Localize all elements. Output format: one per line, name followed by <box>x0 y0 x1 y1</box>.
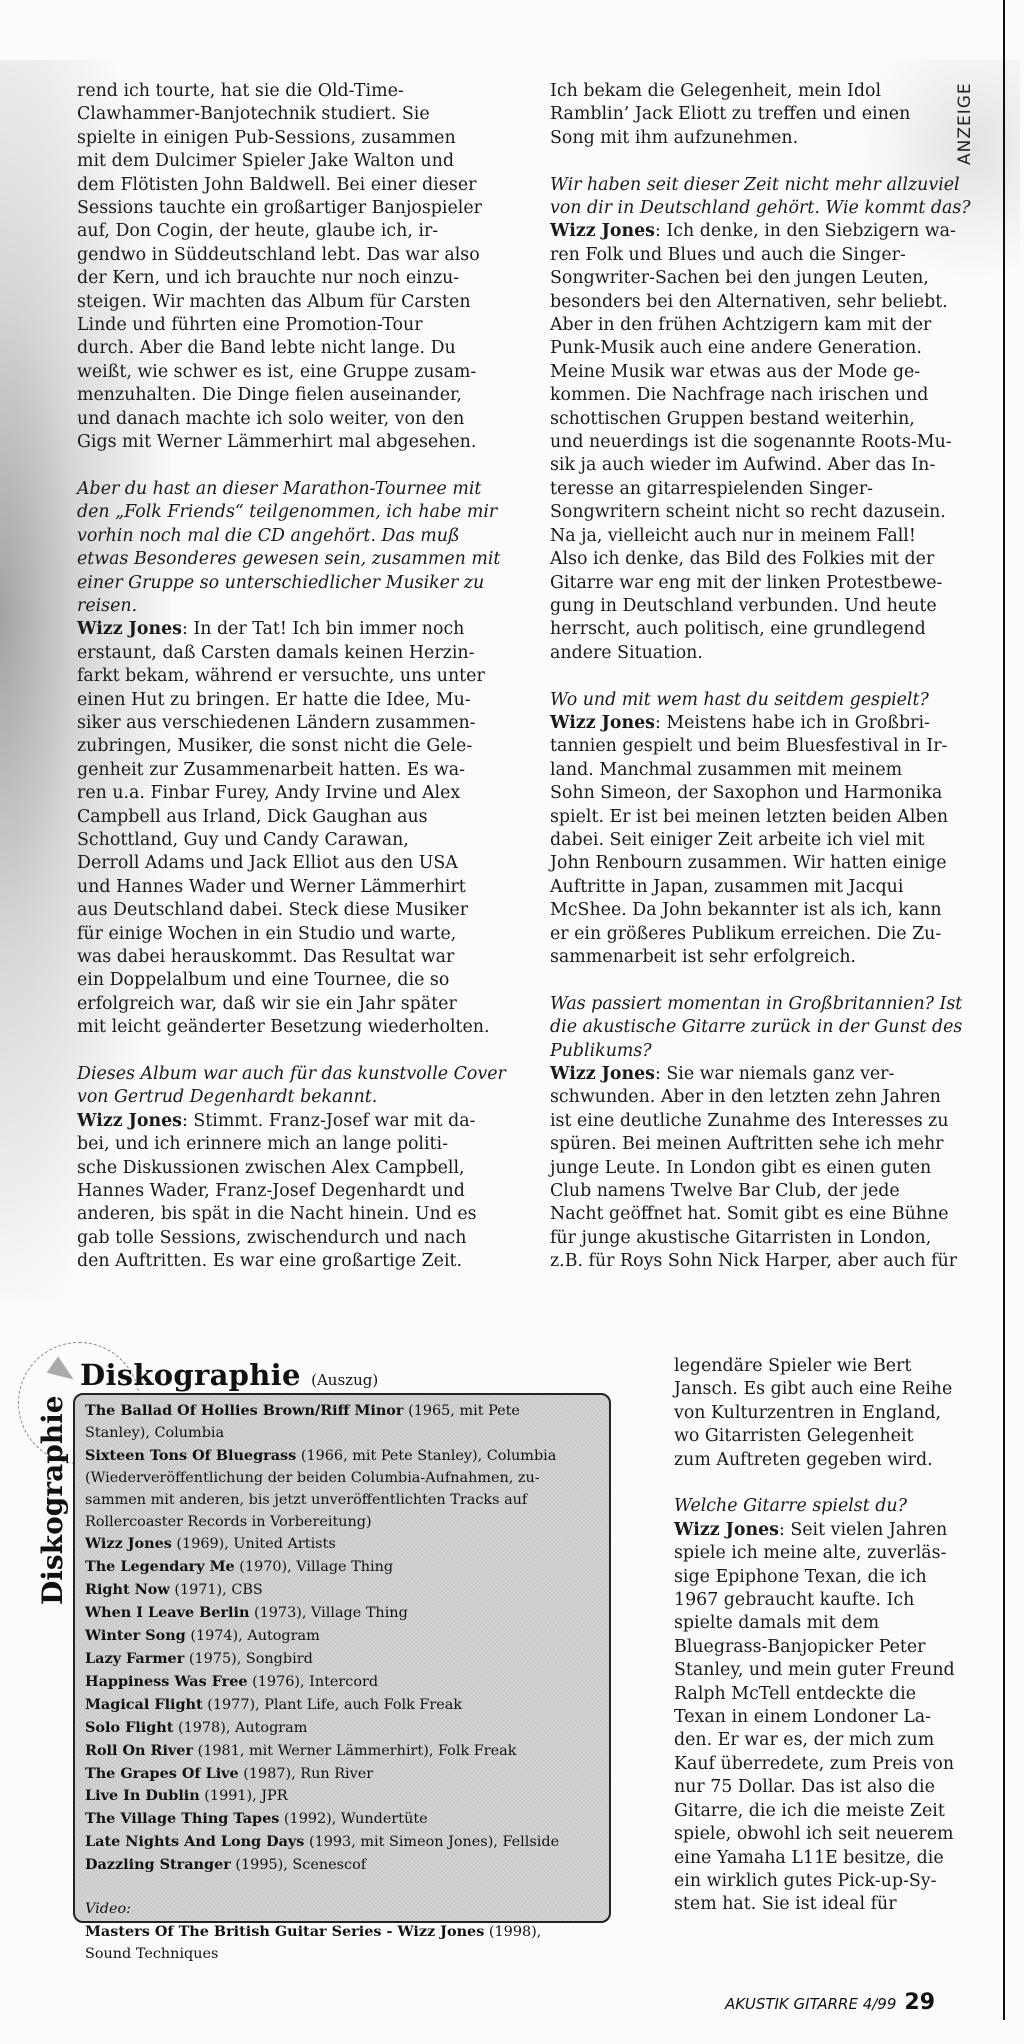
text-line: rend ich tourte, hat sie die Old-Time- <box>77 80 517 103</box>
text-line: Wizz Jones: Seit vielen Jahren <box>674 1519 980 1542</box>
text-line: erfolgreich war, daß wir sie ein Jahr sp… <box>77 993 517 1016</box>
discography-entry: Dazzling Stranger (1995), Scenescof <box>85 1854 601 1877</box>
album-title: Winter Song <box>85 1627 186 1644</box>
discography-vertical-label: Diskographie <box>36 1395 72 1695</box>
text-line: den Auftritten. Es war eine großartige Z… <box>77 1250 517 1273</box>
text-line: Wir haben seit dieser Zeit nicht mehr al… <box>550 174 980 197</box>
interview-answer: Wizz Jones: Stimmt. Franz-Josef war mit … <box>77 1110 517 1274</box>
album-details: (1991), JPR <box>200 1788 288 1804</box>
album-details: (1966, mit Pete Stanley), Columbia <box>296 1448 556 1464</box>
text-line: Punk-Musik auch eine andere Generation. <box>550 337 980 360</box>
text-line: junge Leute. In London gibt es einen gut… <box>550 1157 980 1180</box>
text-line: bei, und ich erinnere mich an lange poli… <box>77 1133 517 1156</box>
text-line: von dir in Deutschland gehört. Wie kommt… <box>550 197 980 220</box>
album-title: Late Nights And Long Days <box>85 1833 304 1850</box>
text-line: sik ja auch wieder im Aufwind. Aber das … <box>550 454 980 477</box>
album-details: (1970), Village Thing <box>235 1559 393 1575</box>
speaker-name: Wizz Jones <box>674 1520 779 1540</box>
text-line: Auftritte in Japan, zusammen mit Jacqui <box>550 876 980 899</box>
text-line: Dieses Album war auch für das kunstvolle… <box>77 1063 517 1086</box>
text-line: mit dem Dulcimer Spieler Jake Walton und <box>77 150 517 173</box>
text-line: er ein größeres Publikum erreichen. Die … <box>550 923 980 946</box>
text-line: anderen, bis spät in die Nacht hinein. U… <box>77 1203 517 1226</box>
text-line: der Kern, und ich brauchte nur noch einz… <box>77 267 517 290</box>
text-line: Hannes Wader, Franz-Josef Degenhardt und <box>77 1180 517 1203</box>
discography-title-text: Diskographie <box>80 1358 301 1392</box>
text-line: sche Diskussionen zwischen Alex Campbell… <box>77 1157 517 1180</box>
discography-entry: The Village Thing Tapes (1992), Wundertü… <box>85 1808 601 1831</box>
text-line: Ralph McTell entdeckte die <box>674 1683 980 1706</box>
text-line: kommen. Die Nachfrage nach irischen und <box>550 384 980 407</box>
text-line: z.B. für Roys Sohn Nick Harper, aber auc… <box>550 1250 980 1273</box>
text-line: Wizz Jones: Stimmt. Franz-Josef war mit … <box>77 1110 517 1133</box>
text-line: Texan in einem Londoner La- <box>674 1706 980 1729</box>
discography-entry: Live In Dublin (1991), JPR <box>85 1785 601 1808</box>
album-title: The Legendary Me <box>85 1558 235 1575</box>
text-line: vorhin noch mal die CD angehört. Das muß <box>77 525 517 548</box>
text-line: für einige Wochen in ein Studio und wart… <box>77 923 517 946</box>
interview-answer: Wizz Jones: Sie war niemals ganz ver-sch… <box>550 1063 980 1274</box>
text-line: John Renbourn zusammen. Wir hatten einig… <box>550 852 980 875</box>
text-line: farkt bekam, während er versuchte, uns u… <box>77 665 517 688</box>
album-title: Sixteen Tons Of Bluegrass <box>85 1447 296 1464</box>
album-details: (1965, mit Pete <box>404 1403 520 1419</box>
text-line: spielte damals mit dem <box>674 1612 980 1635</box>
album-title: Dazzling Stranger <box>85 1856 231 1873</box>
text-line: menzuhalten. Die Dinge fielen auseinande… <box>77 384 517 407</box>
speaker-name: Wizz Jones <box>550 1064 655 1084</box>
text-line: Club namens Twelve Bar Club, der jede <box>550 1180 980 1203</box>
interview-answer: Wizz Jones: Seit vielen Jahrenspiele ich… <box>674 1519 980 1917</box>
text-line: zum Auftreten gegeben wird. <box>674 1449 980 1472</box>
discography-entry: The Grapes Of Live (1987), Run River <box>85 1763 601 1786</box>
text-line: gung in Deutschland verbunden. Und heute <box>550 595 980 618</box>
text-line: Wo und mit wem hast du seitdem gespielt? <box>550 689 980 712</box>
discography-entry: Sound Techniques <box>85 1944 601 1966</box>
page-number: 29 <box>904 1990 935 2015</box>
text-line: aus Deutschland dabei. Steck diese Musik… <box>77 899 517 922</box>
text-line: gab tolle Sessions, zwischendurch und na… <box>77 1227 517 1250</box>
text-line: Ich bekam die Gelegenheit, mein Idol <box>550 80 980 103</box>
article-column-right-continued: legendäre Spieler wie BertJansch. Es gib… <box>674 1355 980 1940</box>
text-line: Wizz Jones: Sie war niemals ganz ver- <box>550 1063 980 1086</box>
album-details: Sound Techniques <box>85 1946 218 1962</box>
page-footer: AKUSTIK GITARRE 4/9929 <box>725 1990 935 2015</box>
discography-entry: (Wiederveröffentlichung der beiden Colum… <box>85 1468 601 1490</box>
text-line: dem Flötisten John Baldwell. Bei einer d… <box>77 174 517 197</box>
text-line: den. Er war es, der mich zum <box>674 1729 980 1752</box>
album-title: When I Leave Berlin <box>85 1604 249 1621</box>
text-line: und Hannes Wader und Werner Lämmerhirt <box>77 876 517 899</box>
discography-entry: Happiness Was Free (1976), Intercord <box>85 1671 601 1694</box>
text-line: land. Manchmal zusammen mit meinem <box>550 759 980 782</box>
interview-question: Welche Gitarre spielst du? <box>674 1495 980 1518</box>
text-line: von Gertrud Degenhardt bekannt. <box>77 1086 517 1109</box>
album-details: (1971), CBS <box>170 1582 263 1598</box>
discography-list: The Ballad Of Hollies Brown/Riff Minor (… <box>85 1400 601 1877</box>
text-line: schwunden. Aber in den letzten zehn Jahr… <box>550 1086 980 1109</box>
text-line: siker aus verschiedenen Ländern zusammen… <box>77 712 517 735</box>
text-line: Gigs mit Werner Lämmerhirt mal abgesehen… <box>77 431 517 454</box>
discography-entry: Stanley), Columbia <box>85 1423 601 1445</box>
text-line: auf, Don Cogin, der heute, glaube ich, i… <box>77 220 517 243</box>
text-line: sammenarbeit ist sehr erfolgreich. <box>550 946 980 969</box>
text-line: Gitarre, die ich die meiste Zeit <box>674 1800 980 1823</box>
text-line: gendwo in Süddeutschland lebt. Das war a… <box>77 244 517 267</box>
speaker-name: Wizz Jones <box>77 1111 182 1131</box>
text-line: ren u.a. Finbar Furey, Andy Irvine und A… <box>77 782 517 805</box>
album-title: Right Now <box>85 1581 170 1598</box>
interview-answer: Wizz Jones: Meistens habe ich in Großbri… <box>550 712 980 969</box>
discography-entry: Sixteen Tons Of Bluegrass (1966, mit Pet… <box>85 1445 601 1468</box>
text-line: Stanley, und mein guter Freund <box>674 1659 980 1682</box>
text-line: ein wirklich gutes Pick-up-Sy- <box>674 1870 980 1893</box>
text-line: herrscht, auch politisch, eine grundlege… <box>550 618 980 641</box>
text-line: durch. Aber die Band lebte nicht lange. … <box>77 337 517 360</box>
discography-entry: sammen mit anderen, bis jetzt unveröffen… <box>85 1490 601 1512</box>
article-column-right: Ich bekam die Gelegenheit, mein IdolRamb… <box>550 80 980 1297</box>
text-line: Schottland, Guy und Candy Carawan, <box>77 829 517 852</box>
text-line: stem hat. Sie ist ideal für <box>674 1893 980 1916</box>
text-line: Linde und führten eine Promotion-Tour <box>77 314 517 337</box>
discography-entry: Roll On River (1981, mit Werner Lämmerhi… <box>85 1740 601 1763</box>
text-line: für junge akustische Gitarristen in Lond… <box>550 1227 980 1250</box>
text-line: Nacht geöffnet hat. Somit gibt es eine B… <box>550 1203 980 1226</box>
text-line: spielte in einigen Pub-Sessions, zusamme… <box>77 127 517 150</box>
album-details: Rollercoaster Records in Vorbereitung) <box>85 1514 372 1530</box>
text-line: Bluegrass-Banjopicker Peter <box>674 1636 980 1659</box>
interview-question: Dieses Album war auch für das kunstvolle… <box>77 1063 517 1110</box>
interview-answer: legendäre Spieler wie BertJansch. Es gib… <box>674 1355 980 1472</box>
text-line: Publikums? <box>550 1040 980 1063</box>
text-line: Was passiert momentan in Großbritannien?… <box>550 993 980 1016</box>
text-line: Welche Gitarre spielst du? <box>674 1495 980 1518</box>
text-line: reisen. <box>77 595 517 618</box>
album-title: The Village Thing Tapes <box>85 1810 279 1827</box>
album-title: Live In Dublin <box>85 1787 200 1804</box>
text-line: spiele, obwohl ich seit neuerem <box>674 1823 980 1846</box>
text-line: Songwritern scheint nicht so recht dazus… <box>550 501 980 524</box>
text-line: Sohn Simeon, der Saxophon und Harmonika <box>550 782 980 805</box>
text-line: Na ja, vielleicht auch nur in meinem Fal… <box>550 525 980 548</box>
album-title: The Ballad Of Hollies Brown/Riff Minor <box>85 1402 404 1419</box>
text-line: spiele ich meine alte, zuverläs- <box>674 1542 980 1565</box>
text-line: Kauf überredete, zum Preis von <box>674 1753 980 1776</box>
text-line: Also ich denke, das Bild des Folkies mit… <box>550 548 980 571</box>
discography-entry: Masters Of The British Guitar Series - W… <box>85 1921 601 1944</box>
discography-title: Diskographie (Auszug) <box>80 1358 378 1392</box>
text-line: McShee. Da John bekannter ist als ich, k… <box>550 899 980 922</box>
interview-answer: Wizz Jones: Ich denke, in den Siebzigern… <box>550 220 980 665</box>
album-details: (1993, mit Simeon Jones), Fellside <box>304 1834 559 1850</box>
text-line: tannien gespielt und beim Bluesfestival … <box>550 735 980 758</box>
discography-entry: Solo Flight (1978), Autogram <box>85 1717 601 1740</box>
text-line: andere Situation. <box>550 642 980 665</box>
discography-entry: Wizz Jones (1969), United Artists <box>85 1533 601 1556</box>
album-details: (1981, mit Werner Lämmerhirt), Folk Frea… <box>193 1743 516 1759</box>
interview-question: Wir haben seit dieser Zeit nicht mehr al… <box>550 174 980 221</box>
discography-entry: Rollercoaster Records in Vorbereitung) <box>85 1512 601 1534</box>
album-details: (Wiederveröffentlichung der beiden Colum… <box>85 1470 540 1486</box>
page-edge-rule <box>1003 0 1005 2020</box>
text-line: genheit zur Zusammenarbeit hatten. Es wa… <box>77 759 517 782</box>
text-line: Sessions tauchte ein großartiger Banjosp… <box>77 197 517 220</box>
discography-entry: Late Nights And Long Days (1993, mit Sim… <box>85 1831 601 1854</box>
text-line: etwas Besonderes gewesen sein, zusammen … <box>77 548 517 571</box>
text-line: Song mit ihm aufzunehmen. <box>550 127 980 150</box>
text-line: erstaunt, daß Carsten damals keinen Herz… <box>77 642 517 665</box>
magazine-issue: AKUSTIK GITARRE 4/99 <box>725 1995 896 2013</box>
album-details: Stanley), Columbia <box>85 1425 224 1441</box>
text-line: und neuerdings ist die sogenannte Roots-… <box>550 431 980 454</box>
text-line: Meine Musik war etwas aus der Mode ge- <box>550 361 980 384</box>
speaker-name: Wizz Jones <box>77 619 182 639</box>
text-line: Ramblin’ Jack Eliott zu treffen und eine… <box>550 103 980 126</box>
album-details: sammen mit anderen, bis jetzt unveröffen… <box>85 1492 527 1508</box>
album-details: (1987), Run River <box>239 1766 373 1782</box>
album-title: Magical Flight <box>85 1696 203 1713</box>
discography-subtitle: (Auszug) <box>311 1371 378 1389</box>
text-line: steigen. Wir machten das Album für Carst… <box>77 291 517 314</box>
text-line: Wizz Jones: In der Tat! Ich bin immer no… <box>77 618 517 641</box>
text-line: weißt, wie schwer es ist, eine Gruppe zu… <box>77 361 517 384</box>
interview-answer: Ich bekam die Gelegenheit, mein IdolRamb… <box>550 80 980 150</box>
text-line: besonders bei den Alternativen, sehr bel… <box>550 291 980 314</box>
text-line: und danach machte ich solo weiter, von d… <box>77 408 517 431</box>
text-line: Aber in den frühen Achtzigern kam mit de… <box>550 314 980 337</box>
album-details: (1976), Intercord <box>248 1674 379 1690</box>
text-line: wo Gitarristen Gelegenheit <box>674 1425 980 1448</box>
text-line: Campbell aus Irland, Dick Gaughan aus <box>77 806 517 829</box>
album-details: (1977), Plant Life, auch Folk Freak <box>203 1697 462 1713</box>
discography-entry: The Legendary Me (1970), Village Thing <box>85 1556 601 1579</box>
interview-question: Was passiert momentan in Großbritannien?… <box>550 993 980 1063</box>
album-title: Lazy Farmer <box>85 1650 184 1667</box>
text-line: was dabei herauskommt. Das Resultat war <box>77 946 517 969</box>
speaker-name: Wizz Jones <box>550 713 655 733</box>
text-line: einen Hut zu bringen. Er hatte die Idee,… <box>77 689 517 712</box>
text-line: Clawhammer-Banjotechnik studiert. Sie <box>77 103 517 126</box>
text-line: spielt. Er ist bei meinen letzten beiden… <box>550 806 980 829</box>
text-line: dabei. Seit einiger Zeit arbeite ich vie… <box>550 829 980 852</box>
text-line: legendäre Spieler wie Bert <box>674 1355 980 1378</box>
discography-entry: Winter Song (1974), Autogram <box>85 1625 601 1648</box>
album-details: (1995), Scenescof <box>231 1857 366 1873</box>
album-title: Roll On River <box>85 1742 193 1759</box>
text-line: nur 75 Dollar. Das ist also die <box>674 1776 980 1799</box>
discography-entry: Magical Flight (1977), Plant Life, auch … <box>85 1694 601 1717</box>
album-title: Happiness Was Free <box>85 1673 248 1690</box>
album-title: Wizz Jones <box>85 1535 172 1552</box>
text-line: Derroll Adams und Jack Elliot aus den US… <box>77 852 517 875</box>
album-details: (1973), Village Thing <box>249 1605 407 1621</box>
spacer <box>85 1877 601 1899</box>
text-line: den „Folk Friends“ teilgenommen, ich hab… <box>77 501 517 524</box>
video-label: Video: <box>85 1899 601 1921</box>
text-line: sige Epiphone Texan, die ich <box>674 1566 980 1589</box>
album-details: (1969), United Artists <box>172 1536 336 1552</box>
text-line: Aber du hast an dieser Marathon-Tournee … <box>77 478 517 501</box>
interview-answer: rend ich tourte, hat sie die Old-Time-Cl… <box>77 80 517 455</box>
text-line: spüren. Bei meinen Auftritten sehe ich m… <box>550 1133 980 1156</box>
album-details: (1975), Songbird <box>184 1651 312 1667</box>
text-line: eine Yamaha L11E besitze, die <box>674 1847 980 1870</box>
album-details: (1998), <box>484 1924 541 1940</box>
album-title: The Grapes Of Live <box>85 1765 239 1782</box>
album-details: (1992), Wundertüte <box>279 1811 427 1827</box>
article-column-left: rend ich tourte, hat sie die Old-Time-Cl… <box>77 80 517 1297</box>
text-line: zubringen, Musiker, die sonst nicht die … <box>77 735 517 758</box>
album-title: Masters Of The British Guitar Series - W… <box>85 1923 484 1940</box>
text-line: von Kulturzentren in England, <box>674 1402 980 1425</box>
video-list: Masters Of The British Guitar Series - W… <box>85 1921 601 1966</box>
speaker-name: Wizz Jones <box>550 221 655 241</box>
text-line: Gitarre war eng mit der linken Protestbe… <box>550 572 980 595</box>
text-line: ren Folk und Blues und auch die Singer- <box>550 244 980 267</box>
text-line: Wizz Jones: Meistens habe ich in Großbri… <box>550 712 980 735</box>
text-line: Jansch. Es gibt auch eine Reihe <box>674 1378 980 1401</box>
discography-entry: The Ballad Of Hollies Brown/Riff Minor (… <box>85 1400 601 1423</box>
discography-entry: Lazy Farmer (1975), Songbird <box>85 1648 601 1671</box>
album-title: Solo Flight <box>85 1719 173 1736</box>
album-details: (1978), Autogram <box>173 1720 307 1736</box>
text-line: schottischen Gruppen bestand weiterhin, <box>550 408 980 431</box>
text-line: mit leicht geänderter Besetzung wiederho… <box>77 1016 517 1039</box>
text-line: einer Gruppe so unterschiedlicher Musike… <box>77 572 517 595</box>
text-line: Songwriter-Sachen bei den jungen Leuten, <box>550 267 980 290</box>
interview-answer: Wizz Jones: In der Tat! Ich bin immer no… <box>77 618 517 1039</box>
album-details: (1974), Autogram <box>186 1628 320 1644</box>
text-line: ist eine deutliche Zunahme des Interesse… <box>550 1110 980 1133</box>
interview-question: Wo und mit wem hast du seitdem gespielt? <box>550 689 980 712</box>
text-line: Wizz Jones: Ich denke, in den Siebzigern… <box>550 220 980 243</box>
text-line: ein Doppelalbum und eine Tournee, die so <box>77 969 517 992</box>
discography-box: The Ballad Of Hollies Brown/Riff Minor (… <box>73 1393 611 1923</box>
discography-entry: Right Now (1971), CBS <box>85 1579 601 1602</box>
interview-question: Aber du hast an dieser Marathon-Tournee … <box>77 478 517 618</box>
text-line: 1967 gebraucht kaufte. Ich <box>674 1589 980 1612</box>
text-line: die akustische Gitarre zurück in der Gun… <box>550 1016 980 1039</box>
discography-entry: When I Leave Berlin (1973), Village Thin… <box>85 1602 601 1625</box>
text-line: teresse an gitarrespielenden Singer- <box>550 478 980 501</box>
